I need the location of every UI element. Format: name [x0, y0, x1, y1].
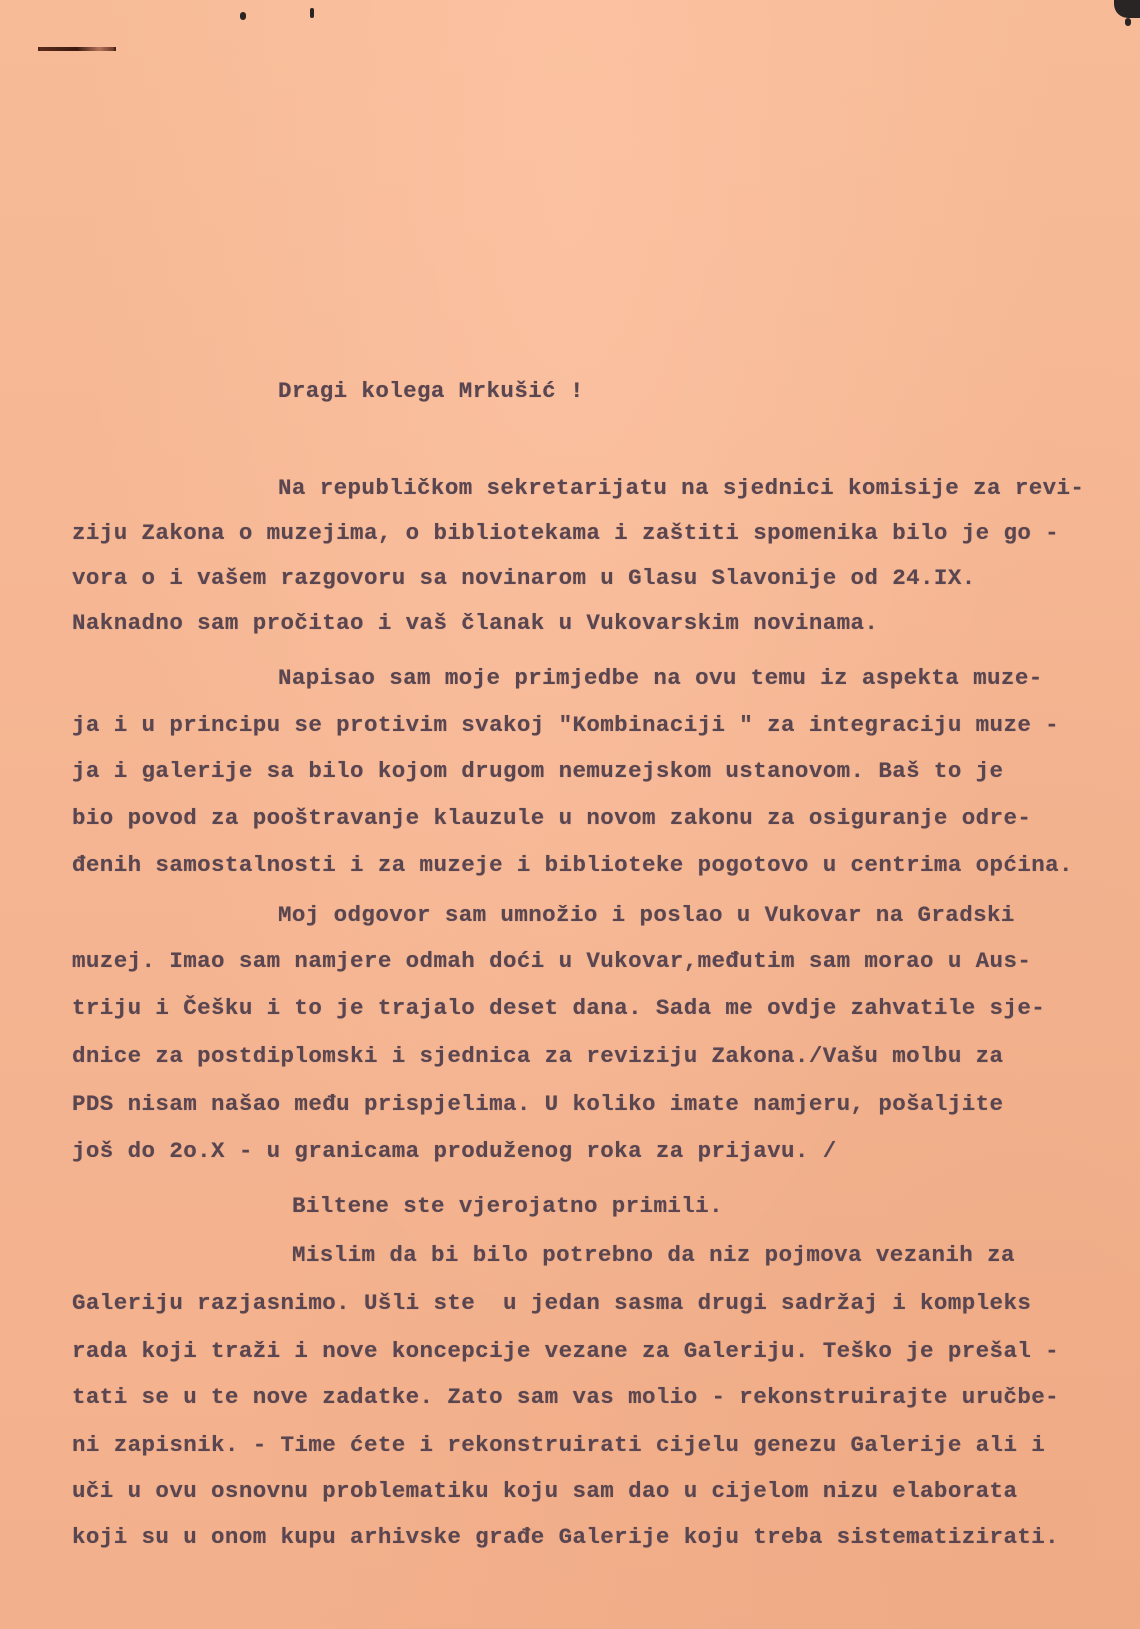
- text-line: Na republičkom sekretarijatu na sjednici…: [278, 475, 1084, 501]
- margin-mark: [38, 47, 116, 51]
- text-line: Napisao sam moje primjedbe na ovu temu i…: [278, 665, 1043, 691]
- text-line: ja i galerije sa bilo kojom drugom nemuz…: [72, 758, 1003, 784]
- text-line: tati se u te nove zadatke. Zato sam vas …: [72, 1384, 1059, 1410]
- text-line: PDS nisam našao među prispjelima. U koli…: [72, 1091, 1003, 1117]
- text-line: muzej. Imao sam namjere odmah doći u Vuk…: [72, 948, 1031, 974]
- ink-speck: [1125, 18, 1131, 26]
- text-line: ziju Zakona o muzejima, o bibliotekama i…: [72, 520, 1059, 546]
- text-line: đenih samostalnosti i za muzeje i biblio…: [72, 852, 1073, 878]
- salutation: Dragi kolega Mrkušić !: [278, 378, 584, 404]
- text-line: bio povod za pooštravanje klauzule u nov…: [72, 805, 1031, 831]
- text-line: dnice za postdiplomski i sjednica za rev…: [72, 1043, 1003, 1069]
- text-line: triju i Češku i to je trajalo deset dana…: [72, 995, 1045, 1021]
- ink-speck: [240, 12, 246, 20]
- text-line: Galeriju razjasnimo. Ušli ste u jedan sa…: [72, 1290, 1031, 1316]
- text-line: ja i u principu se protivim svakoj "Komb…: [72, 712, 1059, 738]
- text-line: još do 2o.X - u granicama produženog rok…: [72, 1138, 837, 1164]
- text-line: koji su u onom kupu arhivske građe Galer…: [72, 1524, 1059, 1550]
- text-line: Biltene ste vjerojatno primili.: [292, 1193, 723, 1219]
- text-line: rada koji traži i nove koncepcije vezane…: [72, 1338, 1059, 1364]
- ink-speck: [310, 8, 314, 18]
- text-line: Mislim da bi bilo potrebno da niz pojmov…: [292, 1242, 1015, 1268]
- text-line: Naknadno sam pročitao i vaš članak u Vuk…: [72, 610, 878, 636]
- text-line: ni zapisnik. - Time ćete i rekonstruirat…: [72, 1432, 1045, 1458]
- text-line: uči u ovu osnovnu problematiku koju sam …: [72, 1478, 1017, 1504]
- text-line: Moj odgovor sam umnožio i poslao u Vukov…: [278, 902, 1015, 928]
- text-line: vora o i vašem razgovoru sa novinarom u …: [72, 565, 976, 591]
